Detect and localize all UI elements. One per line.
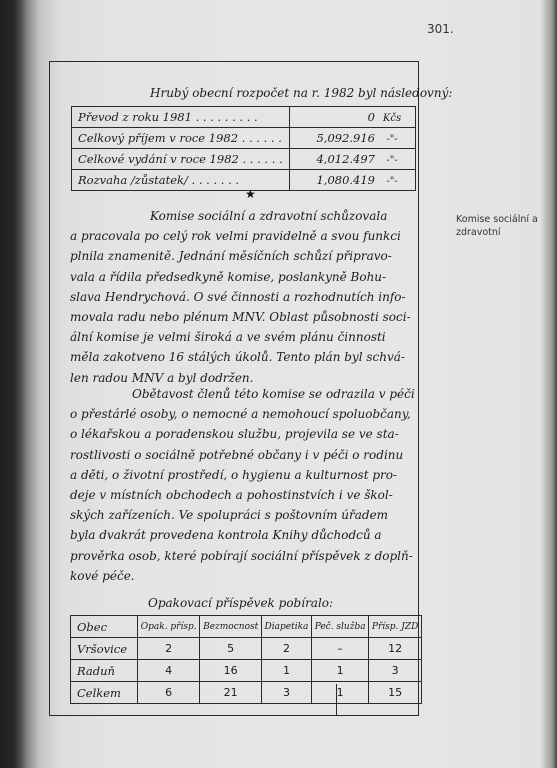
- text-line: měla zakotveno 16 stálých úkolů. Tento p…: [70, 347, 411, 367]
- table-row: Rozvaha /zůstatek/ . . . . . . . 1,080.4…: [72, 170, 416, 191]
- value-cell: 4: [138, 660, 200, 682]
- budget-value: 1,080.419: [316, 173, 375, 187]
- budget-value: 4,012.497: [316, 152, 375, 166]
- text-line: Komise sociální a zdravotní schůzovala: [70, 206, 411, 226]
- obec-cell: Celkem: [71, 682, 138, 704]
- text-line: ských zařízeních. Ve spolupráci s poštov…: [70, 505, 415, 525]
- page-number: 301.: [427, 22, 454, 36]
- budget-label: Rozvaha /zůstatek/ . . . . . . .: [72, 170, 290, 191]
- table-row: Raduň 4 16 1 1 3: [71, 660, 422, 682]
- budget-label: Celkové vydání v roce 1982 . . . . . .: [72, 149, 290, 170]
- table-row: Celkové vydání v roce 1982 . . . . . . 4…: [72, 149, 416, 170]
- star-separator-icon: ★: [245, 187, 256, 201]
- obec-cell: Vršovice: [71, 638, 138, 660]
- table-row: Vršovice 2 5 2 – 12: [71, 638, 422, 660]
- value-cell: 5: [200, 638, 262, 660]
- value-cell: 15: [369, 682, 422, 704]
- value-cell: 12: [369, 638, 422, 660]
- value-cell: 1: [261, 660, 311, 682]
- value-cell: 2: [138, 638, 200, 660]
- value-cell: 1: [312, 660, 369, 682]
- value-cell: 6: [138, 682, 200, 704]
- budget-label: Celkový příjem v roce 1982 . . . . . .: [72, 128, 290, 149]
- text-line: Obětavost členů této komise se odrazila …: [70, 384, 415, 404]
- budget-value: 5,092.916: [316, 131, 375, 145]
- text-line: deje v místních obchodech a pohostinství…: [70, 485, 415, 505]
- paragraph-member-dedication: Obětavost členů této komise se odrazila …: [70, 384, 415, 586]
- budget-heading: Hrubý obecní rozpočet na r. 1982 byl nás…: [150, 86, 452, 100]
- text-line: byla dvakrát provedena kontrola Knihy dů…: [70, 525, 415, 545]
- text-line: prověrka osob, které pobírají sociální p…: [70, 546, 415, 566]
- table-row: Celkem 6 21 3 1 15: [71, 682, 422, 704]
- obec-cell: Raduň: [71, 660, 138, 682]
- column-header: Peč. služba: [312, 616, 369, 638]
- value-cell: 1: [312, 682, 369, 704]
- paragraph-social-committee: Komise sociální a zdravotní schůzovala a…: [70, 206, 411, 388]
- column-header: Bezmocnost: [200, 616, 262, 638]
- budget-table: Převod z roku 1981 . . . . . . . . . 0Kč…: [71, 106, 416, 191]
- column-header: Obec: [71, 616, 138, 638]
- benefits-table: Obec Opak. přísp. Bezmocnost Diapetika P…: [70, 615, 422, 704]
- value-cell: 3: [369, 660, 422, 682]
- value-cell: 16: [200, 660, 262, 682]
- budget-unit: -"-: [375, 155, 409, 166]
- text-line: kové péče.: [70, 566, 415, 586]
- text-line: plnila znamenitě. Jednání měsíčních schů…: [70, 246, 411, 266]
- margin-note-line: zdravotní: [456, 226, 556, 239]
- budget-value-cell: 1,080.419-"-: [289, 170, 415, 191]
- benefits-heading: Opakovací příspěvek pobíralo:: [148, 596, 333, 610]
- budget-value-cell: 4,012.497-"-: [289, 149, 415, 170]
- value-cell: –: [312, 638, 369, 660]
- text-line: slava Hendrychová. O své činnosti a rozh…: [70, 287, 411, 307]
- budget-unit: -"-: [375, 176, 409, 187]
- value-cell: 21: [200, 682, 262, 704]
- text-line: o lékařskou a poradenskou službu, projev…: [70, 424, 415, 444]
- text-line: a děti, o životní prostředí, o hygienu a…: [70, 465, 415, 485]
- text-line: vala a řídila předsedkyně komise, poslan…: [70, 267, 411, 287]
- value-cell: 3: [261, 682, 311, 704]
- budget-value-cell: 0Kčs: [289, 107, 415, 128]
- budget-unit: Kčs: [375, 113, 409, 124]
- margin-note-line: Komise sociální a: [456, 213, 556, 226]
- table-row: Převod z roku 1981 . . . . . . . . . 0Kč…: [72, 107, 416, 128]
- column-header: Diapetika: [261, 616, 311, 638]
- budget-label: Převod z roku 1981 . . . . . . . . .: [72, 107, 290, 128]
- text-line: rostlivosti o sociálně potřebné občany i…: [70, 445, 415, 465]
- table-row: Celkový příjem v roce 1982 . . . . . . 5…: [72, 128, 416, 149]
- book-binding: [14, 0, 18, 768]
- budget-value-cell: 5,092.916-"-: [289, 128, 415, 149]
- table-header-row: Obec Opak. přísp. Bezmocnost Diapetika P…: [71, 616, 422, 638]
- margin-note: Komise sociální a zdravotní: [456, 213, 556, 239]
- budget-unit: -"-: [375, 134, 409, 145]
- text-line: ální komise je velmi široká a ve svém pl…: [70, 327, 411, 347]
- value-cell: 2: [261, 638, 311, 660]
- column-header: Opak. přísp.: [138, 616, 200, 638]
- text-line: a pracovala po celý rok velmi pravidelně…: [70, 226, 411, 246]
- text-line: movala radu nebo plénum MNV. Oblast půso…: [70, 307, 411, 327]
- column-header: Přísp. JZD: [369, 616, 422, 638]
- text-line: o přestárlé osoby, o nemocné a nemohoucí…: [70, 404, 415, 424]
- budget-value: 0: [368, 110, 375, 124]
